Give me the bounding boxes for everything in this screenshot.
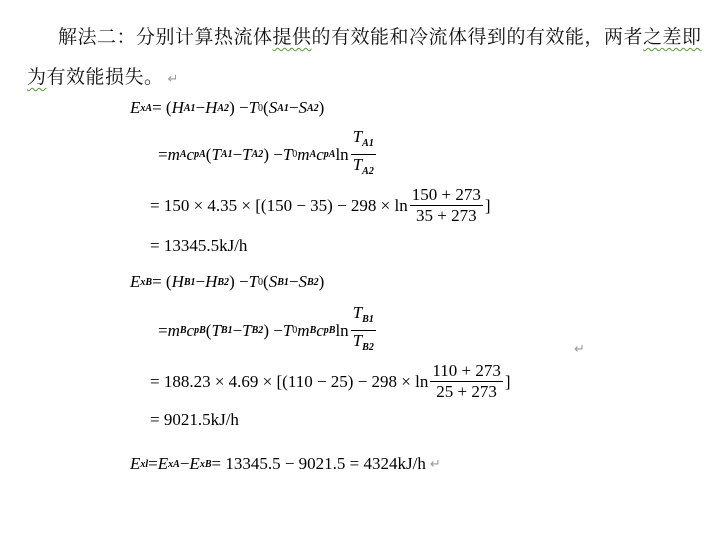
symbol: c <box>187 321 195 341</box>
symbol: T <box>242 321 251 341</box>
subscript: xB <box>200 459 212 470</box>
operator: ) − <box>263 145 283 165</box>
expression: = 150 × 4.35 × [(150 − 35) − 298 × ln <box>150 196 408 216</box>
subscript: B2 <box>252 325 264 336</box>
operator: − <box>180 454 190 474</box>
operator: = <box>148 454 158 474</box>
operator: − <box>289 98 299 118</box>
operator: = ( <box>152 98 172 118</box>
subscript: A2 <box>307 103 319 114</box>
subscript: pA <box>324 149 336 160</box>
denominator: 25 + 273 <box>434 382 499 401</box>
symbol: T <box>283 321 292 341</box>
symbol: H <box>172 98 184 118</box>
symbol: T <box>249 98 258 118</box>
subscript: A2 <box>217 103 229 114</box>
subscript: pB <box>324 325 336 336</box>
symbol: H <box>205 98 217 118</box>
operator: ] <box>505 372 511 392</box>
subscript: xB <box>140 277 152 288</box>
subscript: B1 <box>362 314 374 325</box>
numerator: 150 + 273 <box>410 186 483 206</box>
subscript: A <box>310 149 317 160</box>
grammar-underline-text: 为 <box>27 66 47 88</box>
denominator: 35 + 273 <box>414 206 479 225</box>
symbol: E <box>189 454 199 474</box>
subscript: xA <box>168 459 180 470</box>
numerator: 110 + 273 <box>430 362 502 382</box>
grammar-underline-text: 之差即 <box>643 26 702 48</box>
subscript: xl <box>140 459 148 470</box>
operator: − <box>289 272 299 292</box>
subscript: B <box>180 325 187 336</box>
subscript: pB <box>194 325 206 336</box>
subscript: A1 <box>277 103 289 114</box>
fraction: TB1 TB2 <box>351 304 376 357</box>
subscript: B1 <box>277 277 289 288</box>
result: = 13345.5 − 9021.5 = 4324kJ/h <box>211 454 425 474</box>
operator: − <box>233 145 243 165</box>
symbol: c <box>316 145 324 165</box>
operator: ) − <box>229 272 249 292</box>
result: = 9021.5kJ/h <box>150 410 239 430</box>
subscript: pA <box>194 149 206 160</box>
operator: − <box>196 272 206 292</box>
symbol: S <box>269 272 278 292</box>
subscript: B2 <box>307 277 319 288</box>
equation-exB-line2: = mB cpB ( TB1 − TB2 ) − T0 mB cpB ln TB… <box>158 304 378 357</box>
subscript: xA <box>140 103 152 114</box>
symbol: E <box>158 454 168 474</box>
symbol: H <box>172 272 184 292</box>
subscript: B2 <box>217 277 229 288</box>
equation-exA-line1: ExA = ( HA1 − HA2 ) − T0 ( SA1 − SA2 ) <box>130 98 324 118</box>
operator: − <box>233 321 243 341</box>
operator: ln <box>335 145 348 165</box>
symbol: c <box>316 321 324 341</box>
equation-exB-result: = 9021.5kJ/h <box>150 410 239 430</box>
intro-text: 解法二：分别计算热流体 <box>58 26 273 48</box>
operator: ln <box>335 321 348 341</box>
subscript: A1 <box>362 138 374 149</box>
operator: ] <box>485 196 491 216</box>
intro-text: 有效能损失。 <box>47 66 164 88</box>
fraction: TA1 TA2 <box>351 128 376 181</box>
operator: ) − <box>229 98 249 118</box>
fraction: 110 + 273 25 + 273 <box>430 362 502 401</box>
intro-line-1: 解法二：分别计算热流体提供的有效能和冷流体得到的有效能，两者之差即 <box>58 22 702 49</box>
operator: ) <box>319 272 325 292</box>
symbol: T <box>353 303 362 322</box>
symbol: m <box>297 145 309 165</box>
symbol: T <box>242 145 251 165</box>
subscript: B <box>310 325 317 336</box>
symbol: S <box>298 98 307 118</box>
symbol: m <box>168 145 180 165</box>
symbol: m <box>168 321 180 341</box>
symbol: E <box>130 98 140 118</box>
operator: ) <box>319 98 325 118</box>
subscript: A2 <box>362 166 374 177</box>
symbol: c <box>187 145 195 165</box>
expression: = 188.23 × 4.69 × [(110 − 25) − 298 × ln <box>150 372 428 392</box>
subscript: B2 <box>362 342 374 353</box>
operator: = ( <box>152 272 172 292</box>
paragraph-mark-icon: ↵ <box>430 457 441 472</box>
equation-exA-line3: = 150 × 4.35 × [(150 − 35) − 298 × ln 15… <box>150 186 491 225</box>
intro-line-2: 为有效能损失。↵ <box>27 62 179 89</box>
symbol: T <box>249 272 258 292</box>
grammar-underline-text: 提供 <box>273 26 312 48</box>
subscript: A <box>180 149 187 160</box>
symbol: T <box>283 145 292 165</box>
subscript: A1 <box>221 149 233 160</box>
symbol: T <box>353 127 362 146</box>
equation-exB-line1: ExB = ( HB1 − HB2 ) − T0 ( SB1 − SB2 ) <box>130 272 324 292</box>
subscript: B1 <box>221 325 233 336</box>
symbol: S <box>269 98 278 118</box>
paragraph-mark-icon: ↵ <box>168 72 179 87</box>
operator: ) − <box>263 321 283 341</box>
symbol: m <box>297 321 309 341</box>
result: = 13345.5kJ/h <box>150 236 247 256</box>
symbol: T <box>211 145 220 165</box>
equation-exl: Exl = ExA − ExB = 13345.5 − 9021.5 = 432… <box>130 454 441 474</box>
symbol: E <box>130 272 140 292</box>
symbol: H <box>205 272 217 292</box>
symbol: S <box>298 272 307 292</box>
paragraph-mark-icon: ↵ <box>574 342 585 357</box>
operator: = <box>158 321 168 341</box>
equation-exB-line3: = 188.23 × 4.69 × [(110 − 25) − 298 × ln… <box>150 362 511 401</box>
symbol: E <box>130 454 140 474</box>
fraction: 150 + 273 35 + 273 <box>410 186 483 225</box>
symbol: T <box>353 331 362 350</box>
operator: − <box>196 98 206 118</box>
subscript: A2 <box>252 149 264 160</box>
subscript: B1 <box>184 277 196 288</box>
equation-exA-result: = 13345.5kJ/h <box>150 236 247 256</box>
symbol: T <box>353 155 362 174</box>
subscript: A1 <box>184 103 196 114</box>
intro-text: 的有效能和冷流体得到的有效能，两者 <box>312 26 644 48</box>
equation-exA-line2: = mA cpA ( TA1 − TA2 ) − T0 mA cpA ln TA… <box>158 128 378 181</box>
operator: = <box>158 145 168 165</box>
symbol: T <box>211 321 220 341</box>
